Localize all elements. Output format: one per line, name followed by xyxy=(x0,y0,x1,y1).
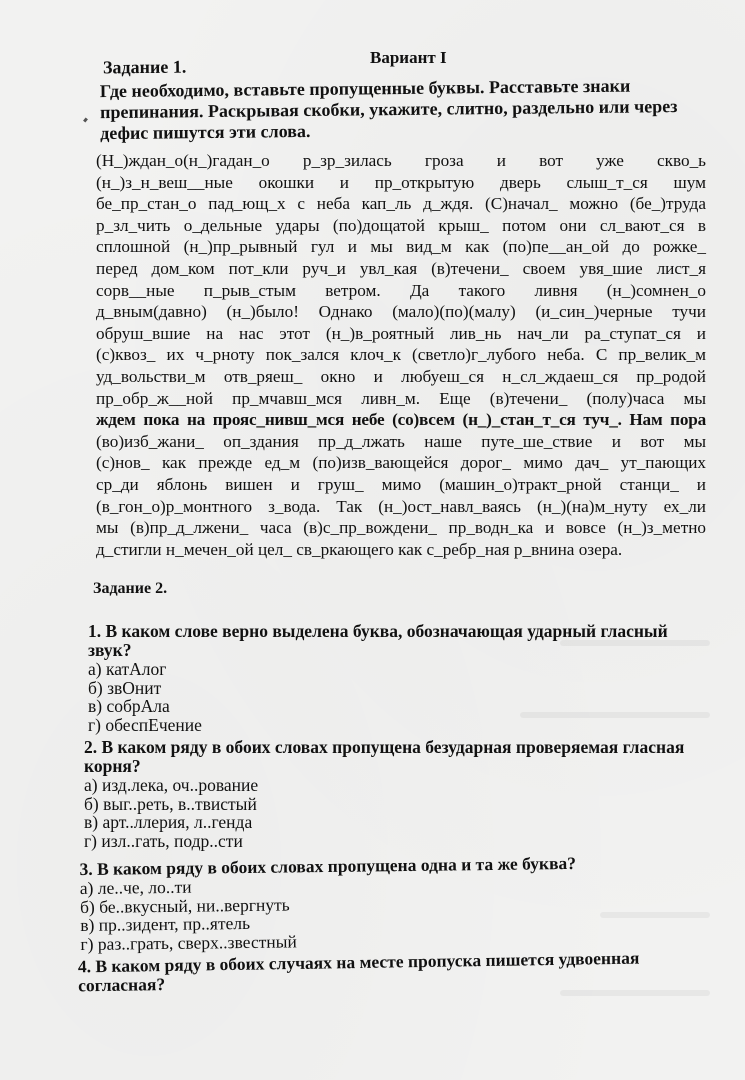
passage-line: д_вным(давно) (н_)было! Однако (мало)(по… xyxy=(96,301,706,323)
question-3: 3. В каком ряду в обоих словах пропущена… xyxy=(79,854,577,953)
passage-line: сплошной (н_)пр_рывный гул и мы вид_м ка… xyxy=(96,236,706,258)
question-4: 4. В каком ряду в обоих случаях на месте… xyxy=(78,949,640,996)
task1-heading: Задание 1. xyxy=(103,57,187,79)
variant-title: Вариант I xyxy=(370,48,447,68)
question-text: 2. В каком ряду в обоих словах пропущена… xyxy=(84,738,684,757)
passage-line: мы (в)пр_д_лжени_ часа (в)с_пр_вождени_ … xyxy=(96,517,706,539)
question-text: 1. В каком слове верно выделена буква, о… xyxy=(88,622,668,641)
show-through-artifact xyxy=(560,990,710,996)
passage-line: (н_)з_н_веш__ные окошки и пр_открытую дв… xyxy=(96,172,706,194)
passage-line: обруш_вшие на нас этот (н_)в_роятный лив… xyxy=(96,323,706,345)
passage-line: (в_гон_о)р_монтного з_вода. Так (н_)ост_… xyxy=(96,496,706,518)
question-2: 2. В каком ряду в обоих словах пропущена… xyxy=(84,738,684,850)
question-text: звук? xyxy=(88,641,668,660)
passage-line: д_стигли н_мечен_ой цел_ св_ркающего как… xyxy=(96,539,706,561)
answer-option-d: г) изл..гать, подр..сти xyxy=(84,832,684,851)
passage-line: сорв__ные п_рыв_стым ветром. Да такого л… xyxy=(96,280,706,302)
task2-heading: Задание 2. xyxy=(93,580,167,598)
passage-line: (с)нов_ как прежде ед_м (по)изв_вающейся… xyxy=(96,452,706,474)
ink-speck xyxy=(83,118,88,123)
passage-line: (во)изб_жани_ оп_здания пр_д_лжать наше … xyxy=(96,431,706,453)
passage-line: (Н_)ждан_о(н_)гадан_о р_зр_зилась гроза … xyxy=(96,150,706,172)
answer-option-b: б) выг..реть, в..твистый xyxy=(84,795,684,814)
passage-line: уд_вольстви_м отв_ряеш_ окно и любуеш_ся… xyxy=(96,366,706,388)
show-through-artifact xyxy=(600,912,710,918)
scanned-page: Вариант I Задание 1. Где необходимо, вст… xyxy=(0,0,745,1080)
passage-line: ср_ди яблонь вишен и груш_ мимо (машин_о… xyxy=(96,474,706,496)
exercise-passage: (Н_)ждан_о(н_)гадан_о р_зр_зилась гроза … xyxy=(96,150,706,560)
passage-line: бе_пр_стан_о пад_ющ_х с неба кап_ль д_жд… xyxy=(96,193,706,215)
answer-option-a: а) изд.лека, оч..рование xyxy=(84,776,684,795)
question-text: корня? xyxy=(84,757,684,776)
question-1: 1. В каком слове верно выделена буква, о… xyxy=(88,622,668,734)
answer-option-b: б) звОнит xyxy=(88,679,668,698)
passage-line: перед дом_ком пот_кли руч_и увл_кая (в)т… xyxy=(96,258,706,280)
passage-line: ждем пока на прояс_нивш_мся небе (со)все… xyxy=(96,409,706,431)
answer-option-a: а) катАлог xyxy=(88,660,668,679)
answer-option-c: в) собрАла xyxy=(88,697,668,716)
passage-line: (с)квоз_ их ч_рноту пок_зался клоч_к (св… xyxy=(96,344,706,366)
passage-line: пр_обр_ж__ной пр_мчавш_мся ливн_м. Еще (… xyxy=(96,388,706,410)
passage-line: р_зл_чить о_дельные удары (по)дощатой кр… xyxy=(96,215,706,237)
task1-instructions: Где необходимо, вставьте пропущенные бук… xyxy=(100,75,701,144)
answer-option-d: г) обеспЕчение xyxy=(88,716,668,735)
answer-option-c: в) арт..ллерия, л..генда xyxy=(84,813,684,832)
